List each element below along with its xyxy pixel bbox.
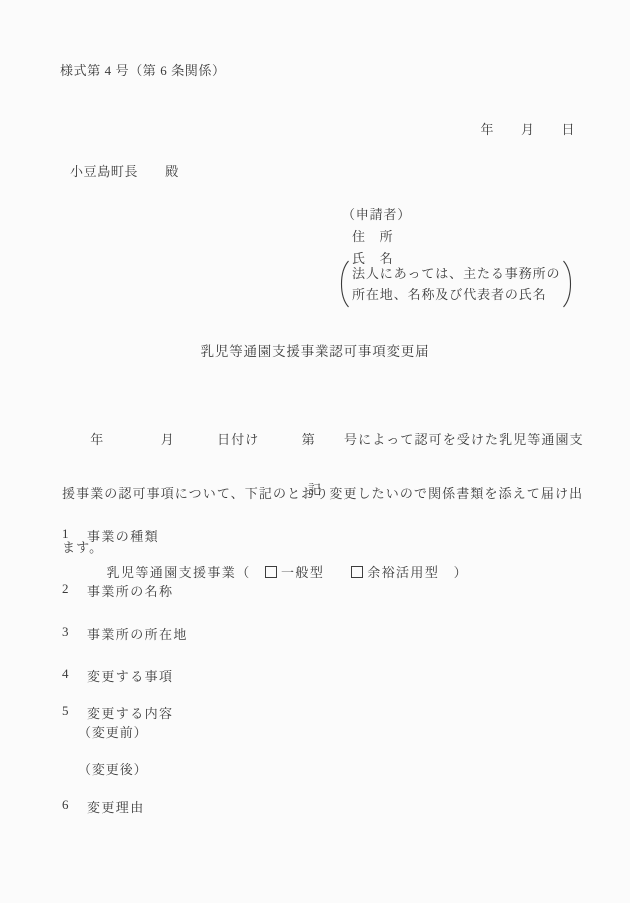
checkbox-surplus-use-type[interactable] [351, 566, 363, 578]
checkbox-general-type[interactable] [265, 566, 277, 578]
corporate-note: 法人にあっては、主たる事務所の 所在地、名称及び代表者の氏名 [339, 260, 573, 308]
item-number: 4 [62, 666, 87, 685]
right-parenthesis-icon [562, 260, 573, 308]
document-page: 様式第 4 号（第 6 条関係） 年 月 日 小豆島町長 殿 （申請者） 住 所… [0, 0, 630, 903]
item-label: 事業所の名称 [87, 581, 173, 600]
before-change-label: （変更前） [78, 722, 148, 741]
corporate-note-line2: 所在地、名称及び代表者の氏名 [352, 284, 560, 305]
item-change-details: 5 変更する内容 [62, 703, 173, 722]
item-office-name: 2 事業所の名称 [62, 581, 173, 600]
item-label: 変更する事項 [87, 666, 173, 685]
business-type-option-general: 一般型 [281, 565, 324, 580]
item-number: 2 [62, 581, 87, 600]
item-label: 変更する内容 [87, 703, 173, 722]
item-office-location: 3 事業所の所在地 [62, 624, 188, 643]
addressee: 小豆島町長 殿 [70, 161, 179, 180]
date-line: 年 月 日 [0, 119, 575, 138]
item-number: 6 [62, 797, 87, 816]
record-marker: 記 [0, 479, 630, 498]
left-parenthesis-icon [339, 260, 350, 308]
item-business-kind: 1 事業の種類 [62, 526, 159, 545]
applicant-address-label: 住 所 [352, 226, 393, 245]
business-type-option-surplus: 余裕活用型 [367, 565, 439, 580]
body-line-1: 年 月 日付け 第 号によって認可を受けた乳児等通園支 [62, 429, 584, 451]
applicant-label: （申請者） [342, 204, 411, 223]
form-number: 様式第 4 号（第 6 条関係） [60, 60, 226, 79]
item-number: 5 [62, 703, 87, 722]
item-number: 3 [62, 624, 87, 643]
item-change-reason: 6 変更理由 [62, 797, 145, 816]
item-matters-to-change: 4 変更する事項 [62, 666, 173, 685]
corporate-note-text: 法人にあっては、主たる事務所の 所在地、名称及び代表者の氏名 [352, 263, 560, 305]
business-type-prefix: 乳児等通園支援事業（ [107, 565, 265, 580]
document-title: 乳児等通園支援事業認可事項変更届 [0, 340, 630, 360]
after-change-label: （変更後） [78, 759, 148, 778]
item-label: 事業の種類 [87, 526, 159, 545]
item-number: 1 [62, 526, 87, 545]
corporate-note-line1: 法人にあっては、主たる事務所の [352, 263, 560, 284]
item-label: 変更理由 [87, 797, 145, 816]
business-type-suffix: ） [439, 565, 468, 580]
item-label: 事業所の所在地 [87, 624, 188, 643]
